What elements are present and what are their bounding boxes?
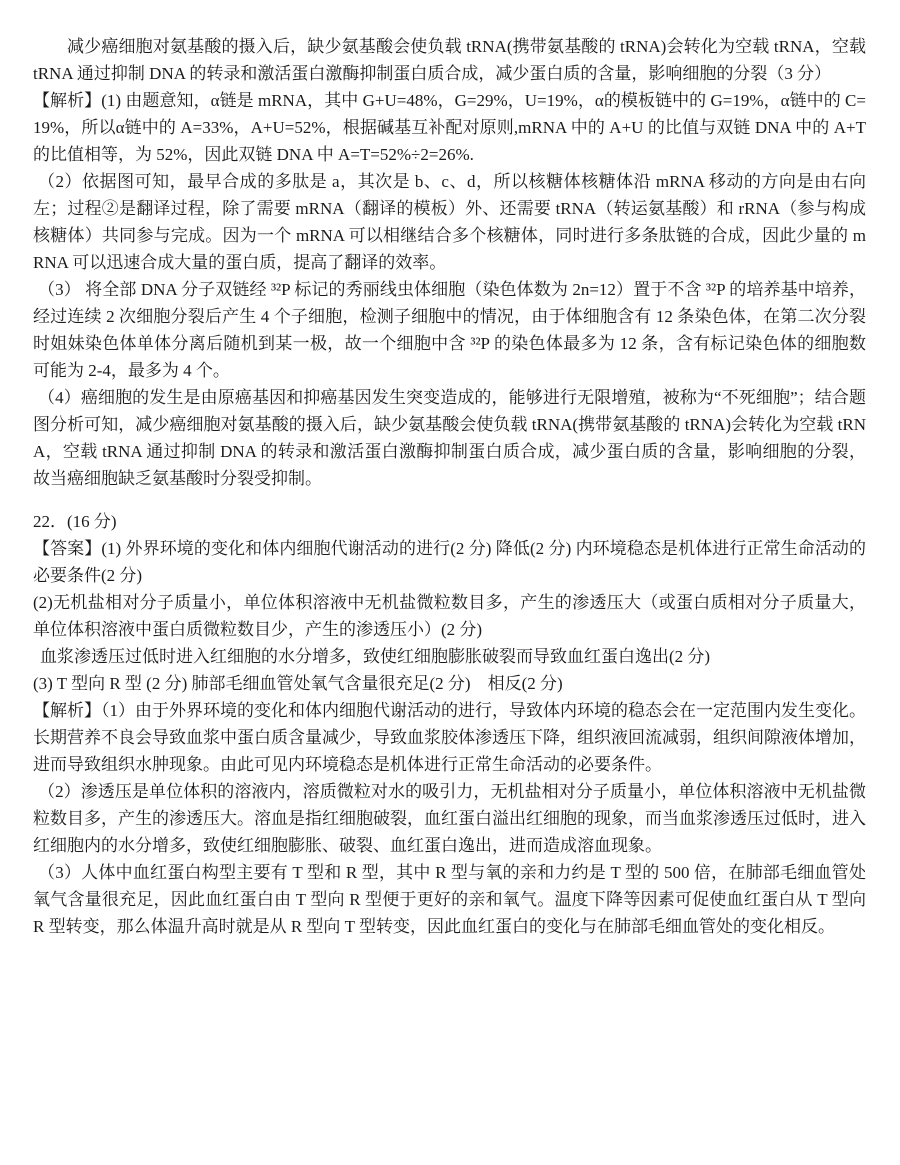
q22-heading: 22．(16 分) — [33, 508, 866, 535]
q21-analysis-part1: 【解析】(1) 由题意知，α链是 mRNA，其中 G+U=48%，G=29%，U… — [33, 87, 866, 168]
q21-analysis-part3: （3） 将全部 DNA 分子双链经 ³²P 标记的秀丽线虫体细胞（染色体数为 2… — [33, 276, 866, 384]
q21-analysis-part2: （2）依据图可知，最早合成的多肽是 a，其次是 b、c、d，所以核糖体核糖体沿 … — [33, 168, 866, 276]
q22-analysis-part3: （3）人体中血红蛋白构型主要有 T 型和 R 型，其中 R 型与氧的亲和力约是 … — [33, 859, 866, 940]
question-21-answer-section: 减少癌细胞对氨基酸的摄入后，缺少氨基酸会使负载 tRNA(携带氨基酸的 tRNA… — [33, 33, 866, 492]
q22-answer-part2: (2)无机盐相对分子质量小，单位体积溶液中无机盐微粒数目多，产生的渗透压大（或蛋… — [33, 589, 866, 643]
q22-answer-part1: 【答案】(1) 外界环境的变化和体内细胞代谢活动的进行(2 分) 降低(2 分)… — [33, 535, 866, 589]
question-22-answer-section: 22．(16 分) 【答案】(1) 外界环境的变化和体内细胞代谢活动的进行(2 … — [33, 508, 866, 940]
q21-analysis-part4: （4）癌细胞的发生是由原癌基因和抑癌基因发生突变造成的，能够进行无限增殖，被称为… — [33, 384, 866, 492]
q22-answer-part2-note: 血浆渗透压过低时进入红细胞的水分增多，致使红细胞膨胀破裂而导致血红蛋白逸出(2 … — [33, 643, 866, 670]
q22-analysis-part1: 【解析】（1）由于外界环境的变化和体内细胞代谢活动的进行，导致体内环境的稳态会在… — [33, 697, 866, 778]
q21-answer-continuation: 减少癌细胞对氨基酸的摄入后，缺少氨基酸会使负载 tRNA(携带氨基酸的 tRNA… — [33, 33, 866, 87]
q22-analysis-part2: （2）渗透压是单位体积的溶液内，溶质微粒对水的吸引力，无机盐相对分子质量小，单位… — [33, 778, 866, 859]
q22-answer-part3: (3) T 型向 R 型 (2 分) 肺部毛细血管处氧气含量很充足(2 分) 相… — [33, 670, 866, 697]
document-page: 减少癌细胞对氨基酸的摄入后，缺少氨基酸会使负载 tRNA(携带氨基酸的 tRNA… — [0, 0, 900, 1165]
